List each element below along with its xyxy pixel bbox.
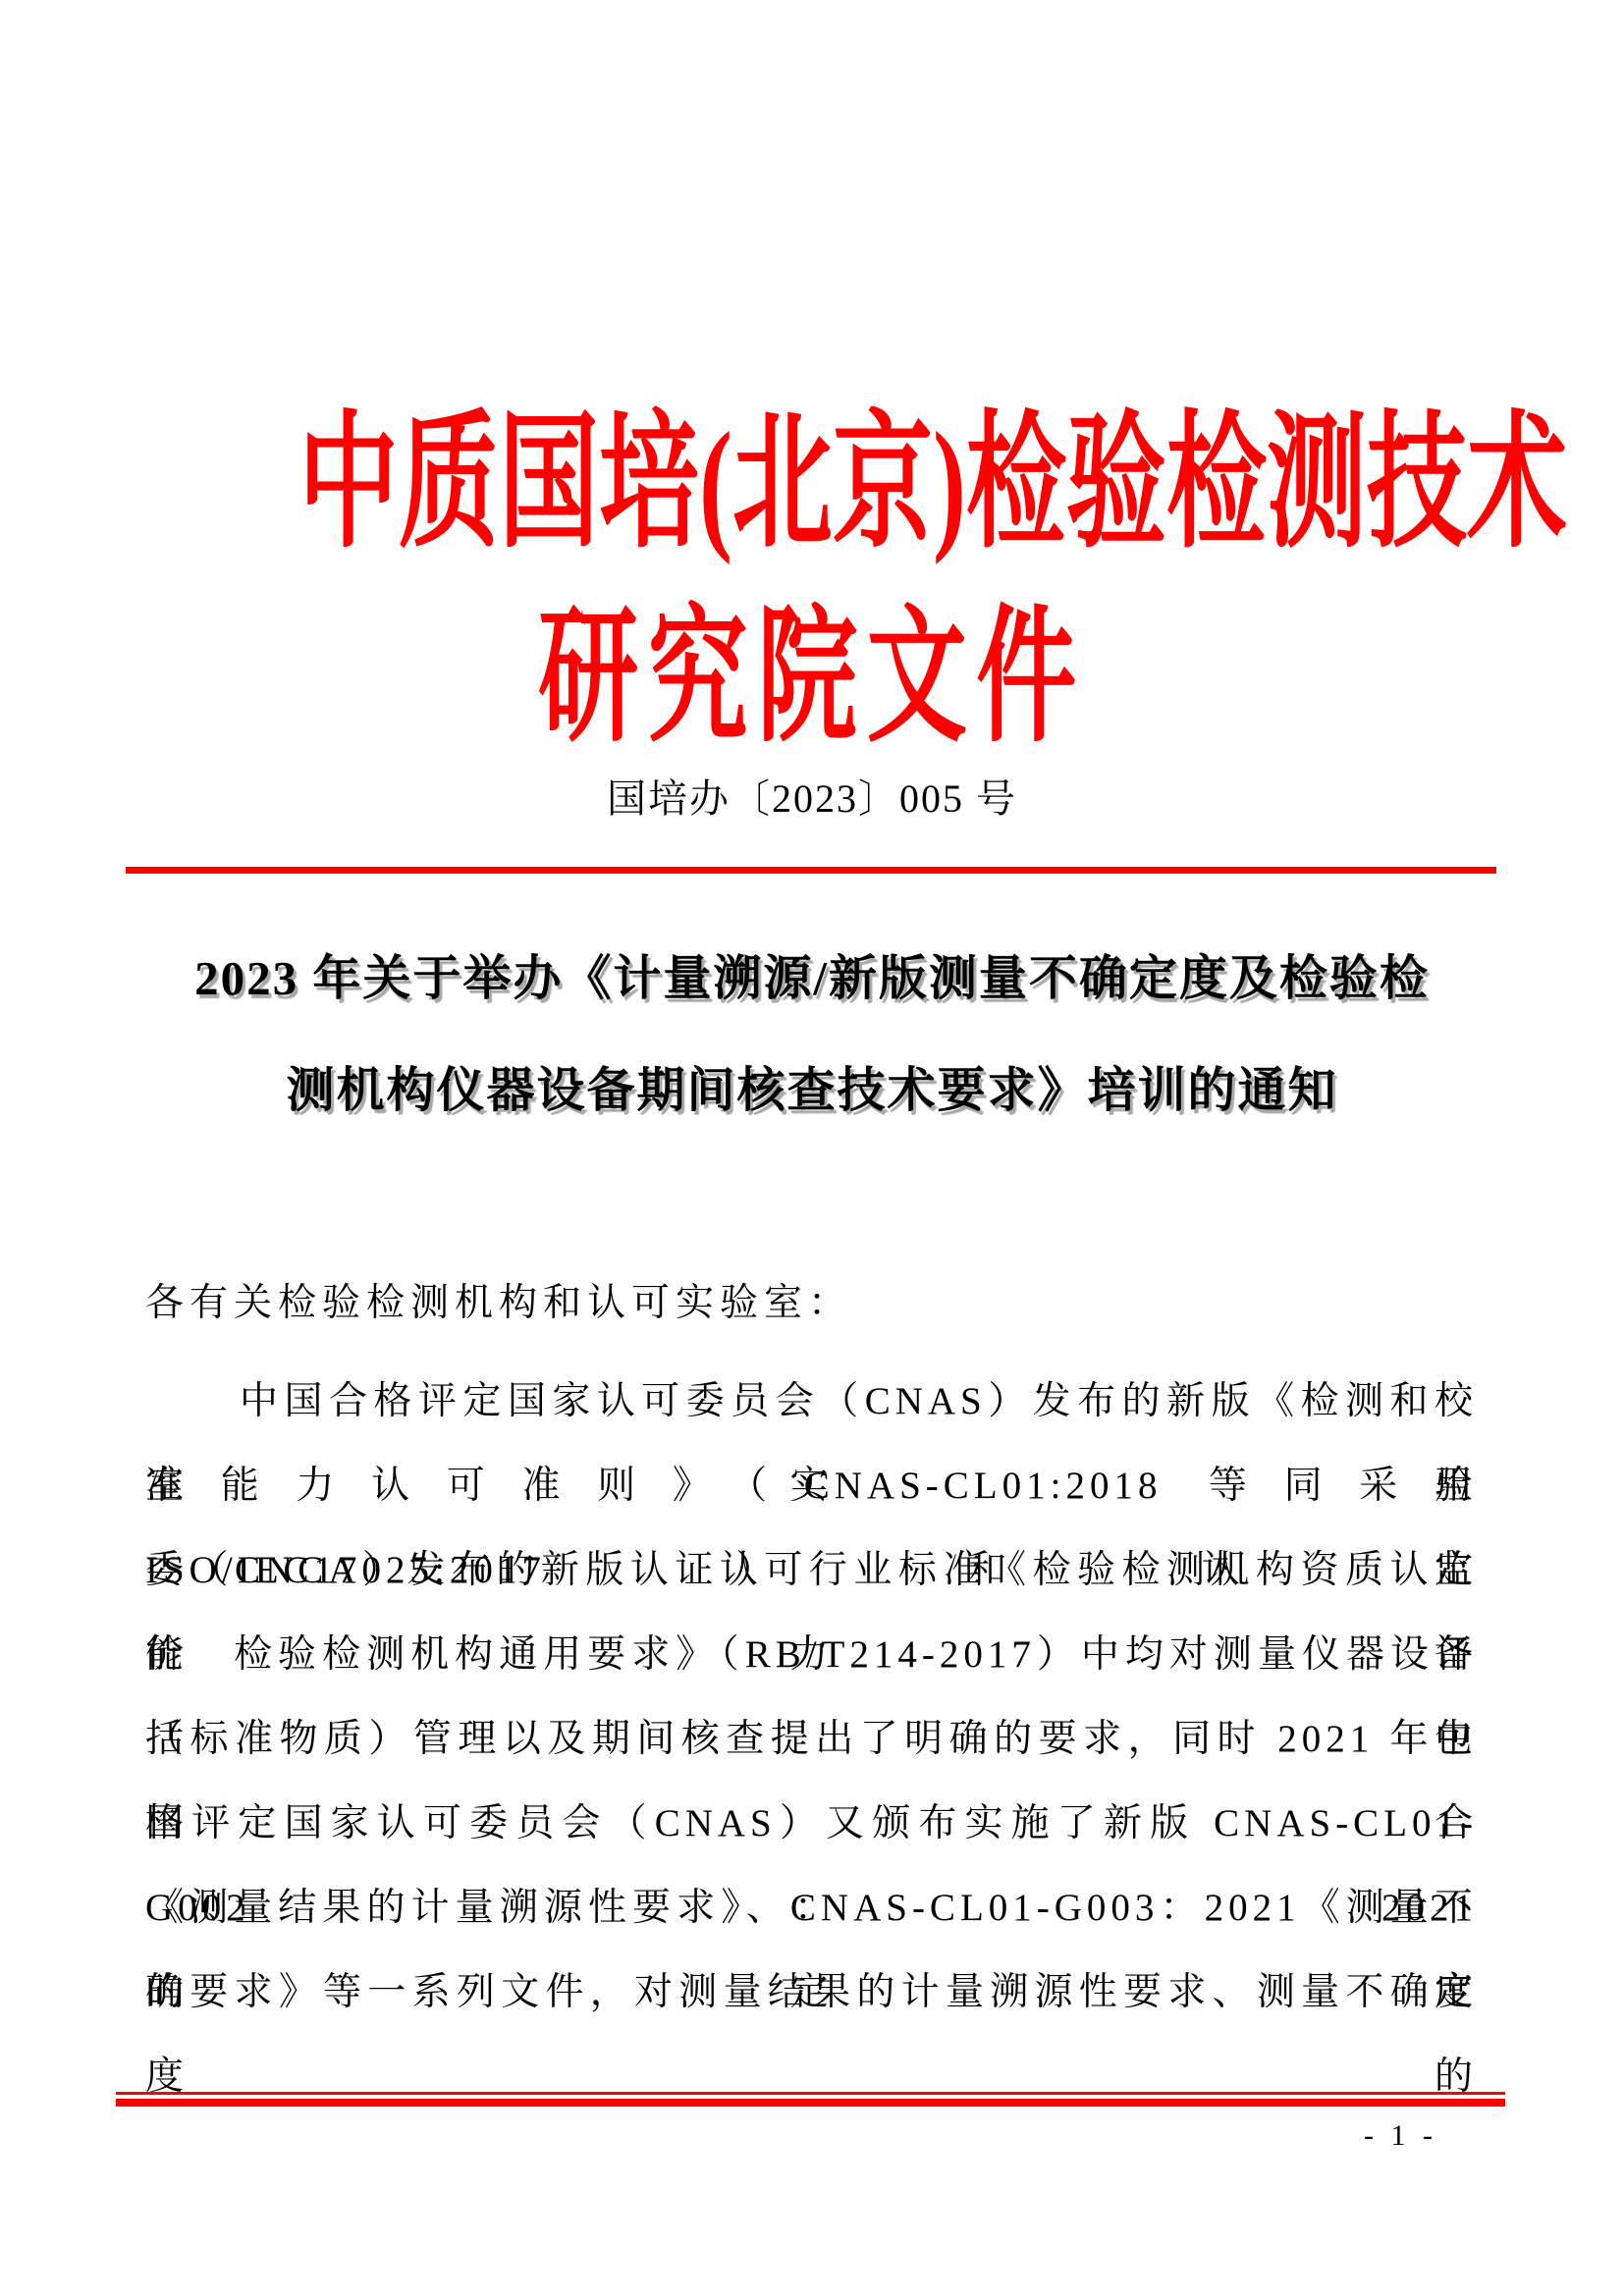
notice-title-line1: 2023 年关于举办《计量溯源/新版测量不确定度及检验检 bbox=[0, 950, 1624, 1007]
paragraph-line: 的要求》等一系列文件，对测量结果的计量溯源性要求、测量不确定度的 bbox=[145, 1950, 1478, 2035]
paragraph-line: 格评定国家认可委员会（CNAS）又颁布实施了新版 CNAS-CL01-G002：… bbox=[145, 1782, 1478, 1866]
agency-title-line1-text: 中质国培(北京)检验检测技术 bbox=[298, 410, 1567, 558]
paragraph-line: 委（CNCA）发布的新版认证认可行业标准《检验检测机构资质认定能力评 bbox=[145, 1528, 1478, 1613]
paragraph-line: 价 检验检测机构通用要求》（RB/T214-2017）中均对测量仪器设备（包 bbox=[145, 1613, 1478, 1697]
footer-red-divider bbox=[116, 2092, 1505, 2107]
notice-title-line2: 测机构仪器设备期间核查技术要求》培训的通知 bbox=[0, 1062, 1624, 1119]
paragraph-line: 室能力认可准则》（CNAS-CL01:2018 等同采用 ISO/IEC1702… bbox=[145, 1444, 1478, 1528]
salutation-line: 各有关检验检测机构和认可实验室： bbox=[145, 1261, 1478, 1346]
page-number: - 1 - bbox=[1364, 2118, 1437, 2154]
header-red-divider bbox=[126, 867, 1496, 874]
paragraph-line: 中国合格评定国家认可委员会（CNAS）发布的新版《检测和校准实验 bbox=[145, 1360, 1478, 1444]
body-text-block: 各有关检验检测机构和认可实验室： 中国合格评定国家认可委员会（CNAS）发布的新… bbox=[145, 1261, 1478, 2035]
paragraph-line: 《测量结果的计量溯源性要求》、CNAS-CL01-G003：2021《测量不确定… bbox=[145, 1866, 1478, 1950]
agency-title-line1: 中质国培(北京)检验检测技术 bbox=[0, 410, 1624, 558]
agency-title-line2: 研究院文件 bbox=[0, 605, 1624, 752]
document-page: 中质国培(北京)检验检测技术 研究院文件 国培办〔2023〕005 号 2023… bbox=[0, 0, 1624, 2296]
document-number: 国培办〔2023〕005 号 bbox=[0, 777, 1624, 821]
agency-title-line2-text: 研究院文件 bbox=[538, 605, 1086, 752]
body-paragraph: 中国合格评定国家认可委员会（CNAS）发布的新版《检测和校准实验 室能力认可准则… bbox=[145, 1360, 1478, 2035]
paragraph-line: 括标准物质）管理以及期间核查提出了明确的要求，同时 2021 年中国合 bbox=[145, 1697, 1478, 1782]
